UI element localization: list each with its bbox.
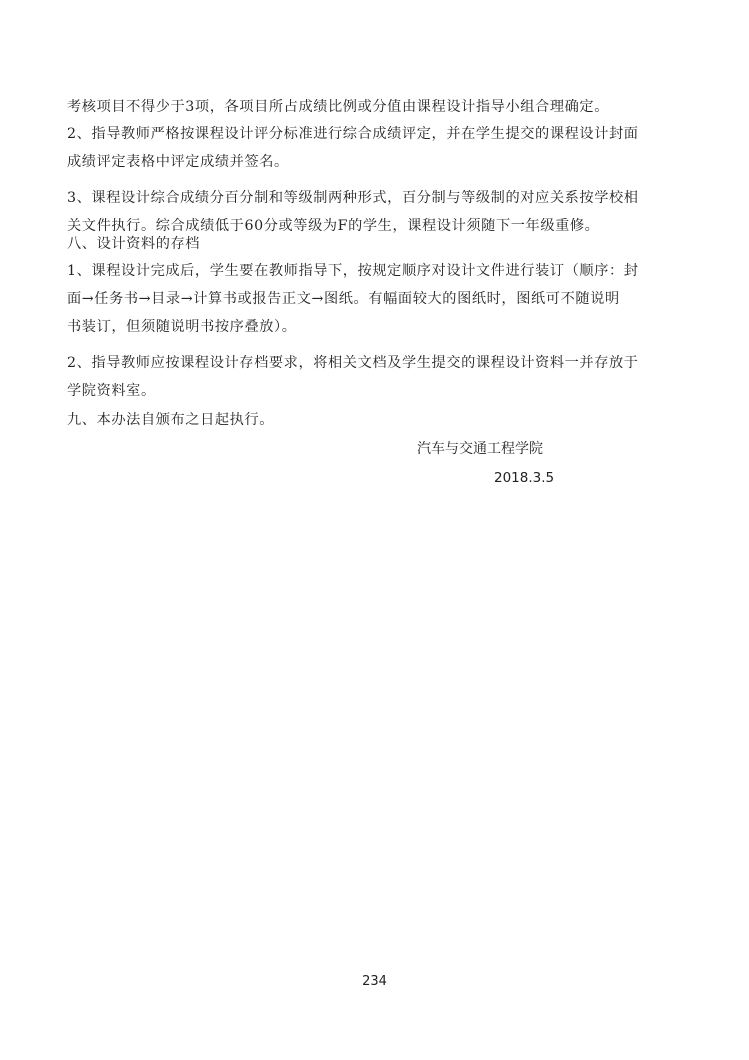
paragraph-line: 2、指导教师严格按课程设计评分标准进行综合成绩评定，并在学生提交的课程设计封面 (67, 125, 639, 143)
paragraph-line: 关文件执行。综合成绩低于60分或等级为F的学生，课程设计须随下一年级重修。 (67, 217, 599, 235)
page-number: 234 (0, 974, 749, 989)
paragraph-line: 3、课程设计综合成绩分百分制和等级制两种形式，百分制与等级制的对应关系按学校相 (67, 189, 639, 207)
signature-organization: 汽车与交通工程学院 (417, 440, 543, 458)
paragraph-line: 2、指导教师应按课程设计存档要求，将相关文档及学生提交的课程设计资料一并存放于 (67, 354, 639, 372)
section-heading: 八、设计资料的存档 (67, 235, 200, 253)
paragraph-line: 学院资料室。 (67, 382, 156, 400)
paragraph-line: 考核项目不得少于3项，各项目所占成绩比例或分值由课程设计指导小组合理确定。 (67, 98, 609, 116)
paragraph-line: 面→任务书→目录→计算书或报告正文→图纸。有幅面较大的图纸时，图纸可不随说明 (67, 290, 620, 308)
signature-date: 2018.3.5 (494, 469, 554, 487)
paragraph-line: 成绩评定表格中评定成绩并签名。 (67, 153, 289, 171)
section-heading: 九、本办法自颁布之日起执行。 (67, 411, 274, 429)
paragraph-line: 书装订，但须随说明书按序叠放）。 (67, 318, 297, 336)
paragraph-line: 1、课程设计完成后，学生要在教师指导下，按规定顺序对设计文件进行装订（顺序：封 (67, 262, 639, 280)
